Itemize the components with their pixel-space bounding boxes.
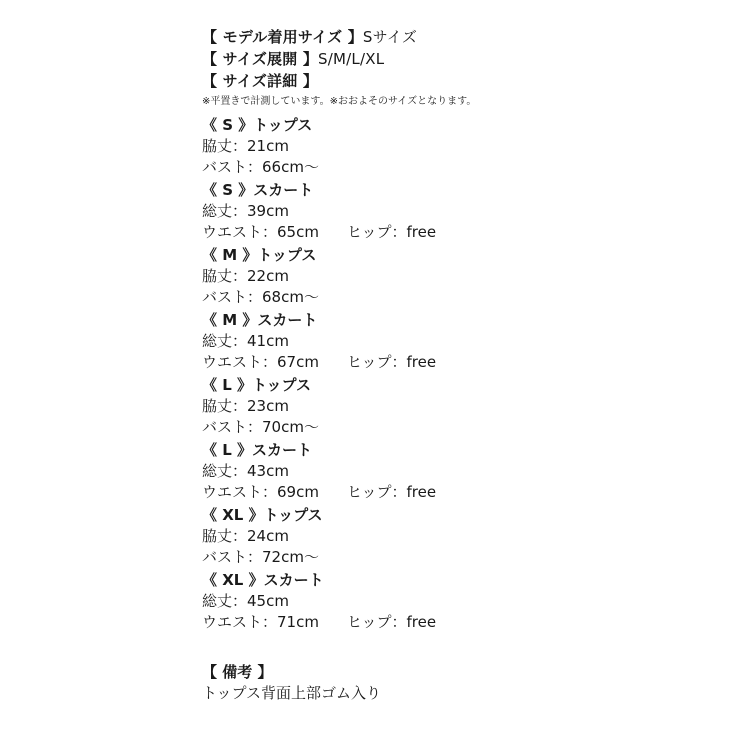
- section-xl-tops: 《 XL 》トップス 脇丈：24cm バスト：72cm〜: [202, 504, 722, 568]
- measurement-row: 総丈：41cm: [202, 331, 722, 352]
- section-m-tops: 《 M 》トップス 脇丈：22cm バスト：68cm〜: [202, 244, 722, 308]
- size-range-value: S/M/L/XL: [318, 50, 384, 68]
- hip-value: ヒップ：free: [347, 223, 436, 241]
- section-title: 《 M 》トップス: [202, 244, 722, 266]
- waist-value: ウエスト：69cm: [202, 483, 319, 501]
- section-title: 《 S 》スカート: [202, 179, 722, 201]
- section-s-skirt: 《 S 》スカート 総丈：39cm ウエスト：65cmヒップ：free: [202, 179, 722, 243]
- measurement-row: バスト：70cm〜: [202, 417, 722, 438]
- remarks-label: 【 備考 】: [202, 661, 722, 683]
- waist-value: ウエスト：65cm: [202, 223, 319, 241]
- measurement-row: 総丈：39cm: [202, 201, 722, 222]
- measurement-row: ウエスト：65cmヒップ：free: [202, 222, 722, 243]
- hip-value: ヒップ：free: [347, 353, 436, 371]
- measurement-row: 脇丈：21cm: [202, 136, 722, 157]
- hip-value: ヒップ：free: [347, 483, 436, 501]
- measurement-row: バスト：72cm〜: [202, 547, 722, 568]
- section-title: 《 XL 》スカート: [202, 569, 722, 591]
- measurement-row: バスト：68cm〜: [202, 287, 722, 308]
- size-range-label: 【 サイズ展開 】: [202, 50, 318, 68]
- measurement-row: 総丈：45cm: [202, 591, 722, 612]
- remarks-section: 【 備考 】 トップス背面上部ゴム入り: [202, 661, 722, 704]
- section-title: 《 S 》トップス: [202, 114, 722, 136]
- section-title: 《 XL 》トップス: [202, 504, 722, 526]
- section-s-tops: 《 S 》トップス 脇丈：21cm バスト：66cm〜: [202, 114, 722, 178]
- model-size-value: Sサイズ: [363, 28, 417, 46]
- section-l-skirt: 《 L 》スカート 総丈：43cm ウエスト：69cmヒップ：free: [202, 439, 722, 503]
- section-l-tops: 《 L 》トップス 脇丈：23cm バスト：70cm〜: [202, 374, 722, 438]
- size-detail-heading: 【 サイズ詳細 】: [202, 70, 722, 92]
- model-size-label: 【 モデル着用サイズ 】: [202, 28, 363, 46]
- waist-value: ウエスト：67cm: [202, 353, 319, 371]
- measurement-row: バスト：66cm〜: [202, 157, 722, 178]
- remarks-text: トップス背面上部ゴム入り: [202, 683, 722, 704]
- size-spec-document: 【 モデル着用サイズ 】Sサイズ 【 サイズ展開 】S/M/L/XL 【 サイズ…: [202, 26, 722, 704]
- section-title: 《 L 》スカート: [202, 439, 722, 461]
- waist-value: ウエスト：71cm: [202, 613, 319, 631]
- measurement-row: 脇丈：23cm: [202, 396, 722, 417]
- size-detail-label: 【 サイズ詳細 】: [202, 72, 318, 90]
- size-range-line: 【 サイズ展開 】S/M/L/XL: [202, 48, 722, 70]
- measurement-row: 脇丈：22cm: [202, 266, 722, 287]
- section-m-skirt: 《 M 》スカート 総丈：41cm ウエスト：67cmヒップ：free: [202, 309, 722, 373]
- section-xl-skirt: 《 XL 》スカート 総丈：45cm ウエスト：71cmヒップ：free: [202, 569, 722, 633]
- hip-value: ヒップ：free: [347, 613, 436, 631]
- measurement-row: ウエスト：71cmヒップ：free: [202, 612, 722, 633]
- section-title: 《 M 》スカート: [202, 309, 722, 331]
- measurement-row: ウエスト：69cmヒップ：free: [202, 482, 722, 503]
- section-title: 《 L 》トップス: [202, 374, 722, 396]
- model-size-line: 【 モデル着用サイズ 】Sサイズ: [202, 26, 722, 48]
- measurement-row: 総丈：43cm: [202, 461, 722, 482]
- measurement-row: 脇丈：24cm: [202, 526, 722, 547]
- measurement-row: ウエスト：67cmヒップ：free: [202, 352, 722, 373]
- spacer: [202, 633, 722, 655]
- measurement-note: ※平置きで計測しています。※おおよそのサイズとなります。: [202, 93, 722, 111]
